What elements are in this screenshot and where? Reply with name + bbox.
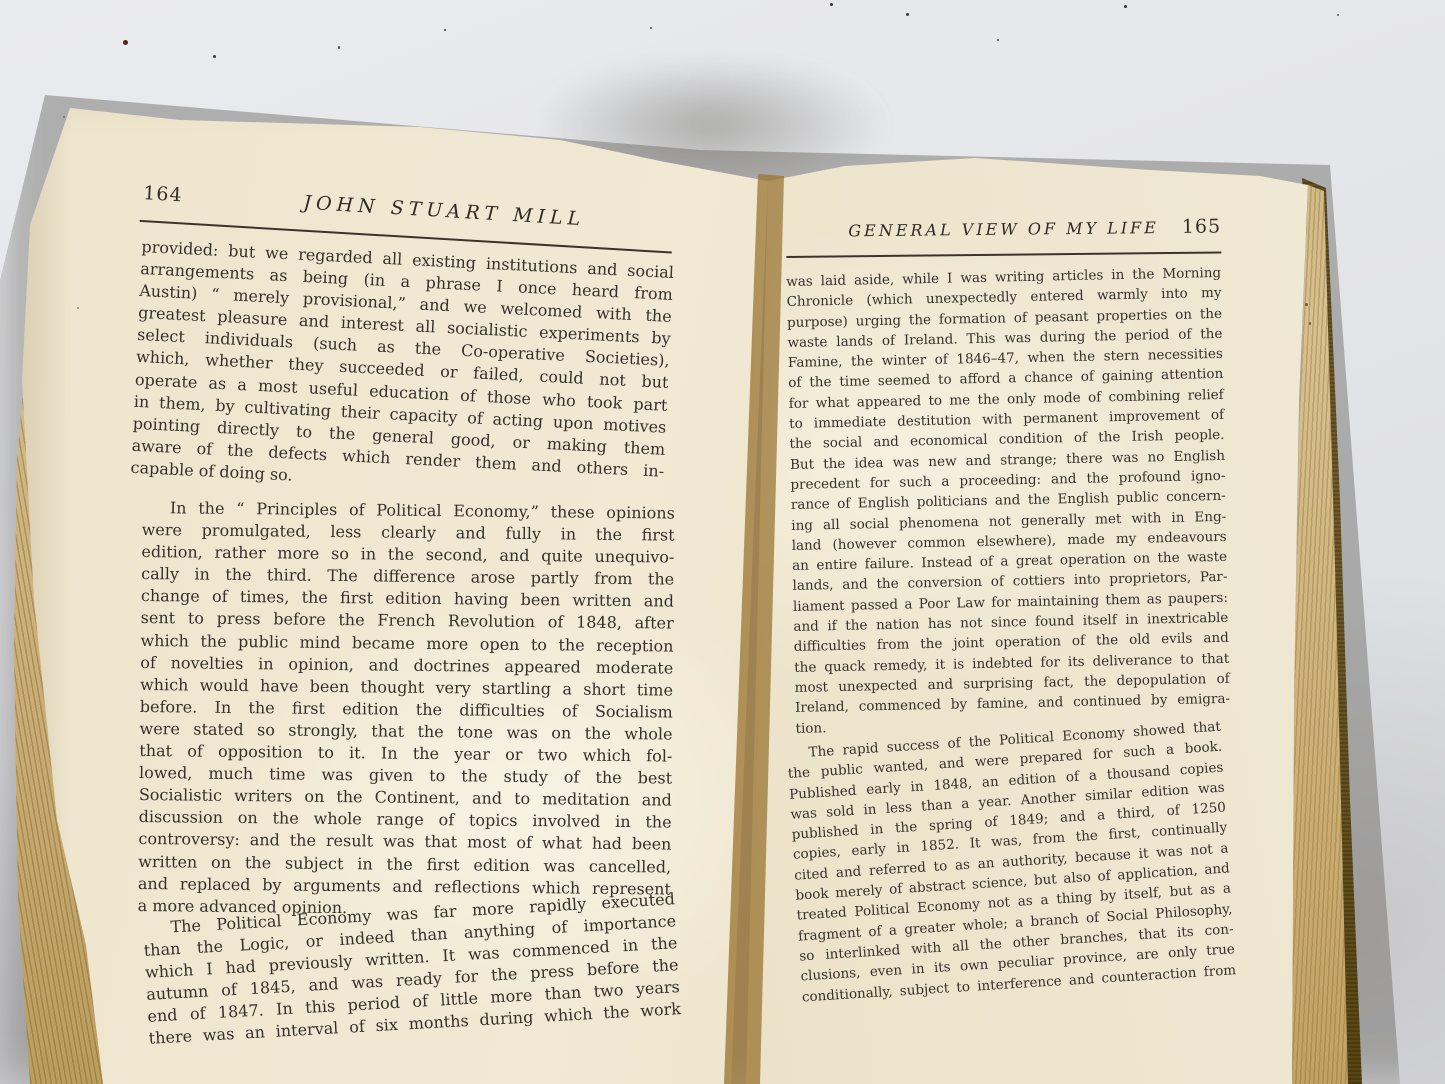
paragraph: was laid aside, while I was writing arti… bbox=[786, 263, 1231, 739]
dust-speck bbox=[906, 13, 909, 16]
dust-speck bbox=[650, 27, 652, 29]
book-photo: 164 JOHN STUART MILL provided: but we re… bbox=[0, 0, 1445, 1084]
dust-speck bbox=[444, 29, 446, 31]
dust-speck bbox=[830, 3, 833, 6]
running-title-right: GENERAL VIEW OF MY LIFE bbox=[786, 215, 1221, 241]
page-number-left: 164 bbox=[143, 182, 184, 206]
dust-speck bbox=[123, 40, 128, 45]
dust-speck bbox=[1337, 14, 1339, 16]
dust-speck bbox=[213, 55, 216, 58]
foxing-speck bbox=[1305, 303, 1308, 306]
foxing-speck bbox=[1309, 322, 1311, 325]
dust-speck bbox=[338, 46, 340, 49]
page-number-right: 165 bbox=[1182, 215, 1221, 237]
foxing-speck bbox=[77, 307, 79, 309]
dust-speck bbox=[997, 39, 999, 41]
dust-speck bbox=[1124, 5, 1127, 8]
paragraph: The rapid success of the Political Econo… bbox=[786, 717, 1237, 1008]
paragraph: In the “ Principles of Political Economy… bbox=[138, 497, 675, 922]
right-running-header: GENERAL VIEW OF MY LIFE 165 bbox=[786, 215, 1221, 258]
paragraph: provided: but we regarded all existing i… bbox=[130, 236, 674, 505]
